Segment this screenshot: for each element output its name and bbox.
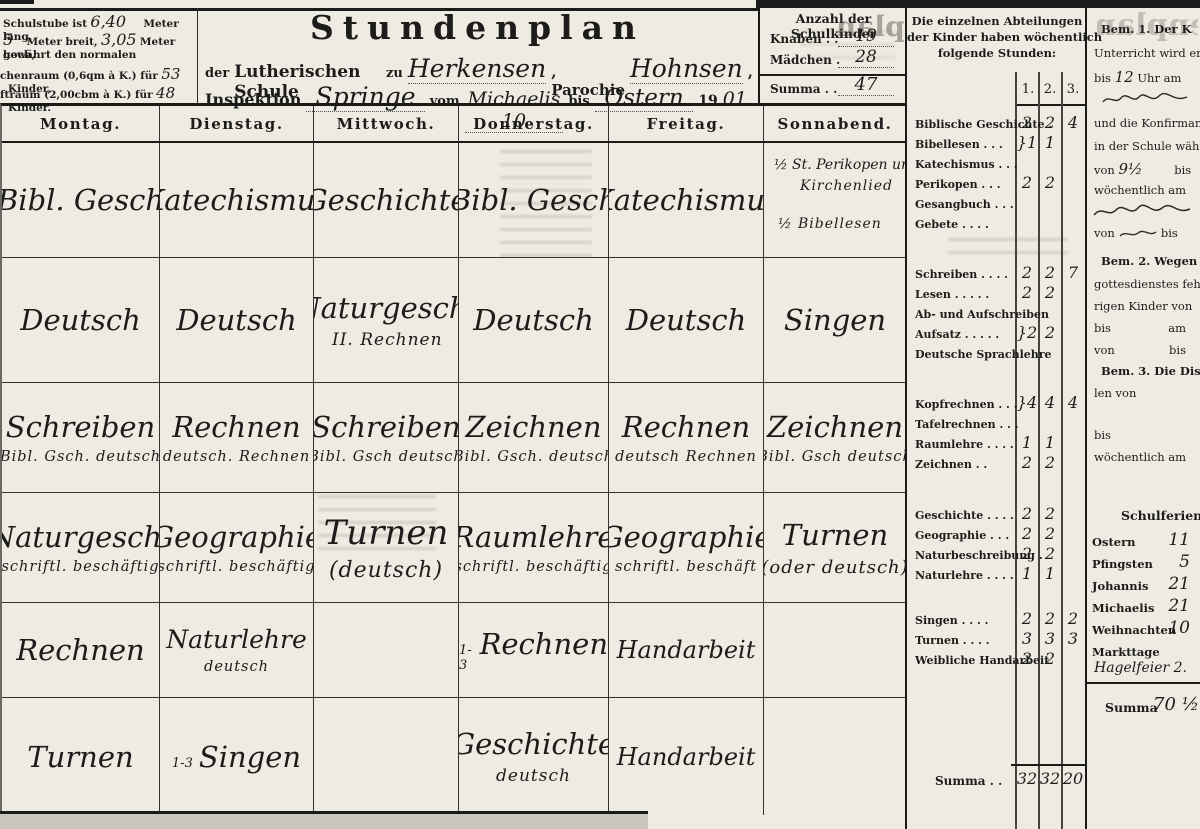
handwriting-scribble <box>1101 92 1189 106</box>
hours-summa-label: Summa . . <box>935 774 1002 788</box>
cell-main-line: Geschichte <box>314 183 459 217</box>
hours-row: Geschichte . . . .22 <box>907 505 1087 525</box>
hours-div2: 1 <box>1039 133 1061 152</box>
hours-row: Gebete . . . . <box>907 214 1087 234</box>
cell-main-line: Naturgesch. <box>2 520 160 554</box>
subject-handwritten: Handarbeit <box>617 636 756 664</box>
bem1-line-8: wöchentlich am <box>1094 183 1186 197</box>
hours-div3: 4 <box>1062 393 1084 412</box>
hours-div2: 2 <box>1039 544 1061 563</box>
timetable-cell: Naturlehre deutsch <box>160 603 314 698</box>
hours-title-line-3: folgende Stunden: <box>907 46 1087 60</box>
subject-handwritten: Geschichte <box>314 183 459 217</box>
timetable-cell: Bibl. Gesch <box>2 143 160 258</box>
ferien-days-handwritten: 21 <box>1168 574 1190 594</box>
timetable-cell: Raumlehre schriftl. beschäftig <box>459 493 609 603</box>
hours-div3: 7 <box>1062 263 1084 282</box>
maedchen-value: 28 <box>838 47 894 68</box>
ferien-label: Michaelis <box>1092 601 1154 615</box>
subject-label: Bibellesen . . . <box>915 138 1003 151</box>
hours-div1: 2 <box>1016 649 1038 668</box>
cell-main-line: Schreiben <box>6 410 156 444</box>
cell-main-line: ½ St. Perikopen und <box>774 157 907 173</box>
subject-sub-handwritten: deutsch Rechnen <box>615 449 757 465</box>
hours-div2: 2 <box>1039 283 1061 302</box>
hours-row: Katechismus . . . <box>907 154 1087 174</box>
timetable-cell: Singen <box>764 258 907 383</box>
cell-main-line: Geschichte <box>459 727 609 761</box>
bis-label: bis <box>1169 343 1186 357</box>
subject-handwritten: Rechnen <box>622 410 750 444</box>
schulferien-title: Schulferien <box>1121 508 1200 523</box>
day-label: Dienstag. <box>189 115 283 133</box>
cell-main-line: Zeichnen <box>465 410 601 444</box>
subject-handwritten: Geschichte <box>459 727 609 761</box>
day-label: Freitag. <box>647 115 726 133</box>
subject-handwritten: Deutsch <box>473 303 594 337</box>
bem3-label: Bem. 3. <box>1101 364 1150 378</box>
subtitle-der: der <box>205 66 229 81</box>
ferien-days-handwritten: 10 <box>1168 618 1190 638</box>
subject-handwritten: ½ St. Perikopen und <box>774 157 907 173</box>
day-label: Sonnabend. <box>777 115 892 133</box>
hours-div1: }2 <box>1016 323 1038 342</box>
von-label: von <box>1094 226 1115 240</box>
subject-label: Tafelrechnen . . . <box>915 418 1019 431</box>
subject-label: Ab- und Aufschreiben <box>915 308 1049 321</box>
summa-rule <box>1011 764 1087 766</box>
bem1-label: Bem. 1. <box>1101 22 1150 36</box>
uhr-am-label: Uhr am <box>1137 71 1181 85</box>
division-col-1: 1. <box>1019 82 1037 97</box>
timetable: Montag. Dienstag. Mittwoch. Donnerstag. … <box>0 103 907 815</box>
subject-sub-handwritten: schriftl. beschäftig <box>459 559 609 575</box>
subject-handwritten: Rechnen <box>480 627 608 661</box>
hours-div2: 2 <box>1039 323 1061 342</box>
subtitle-zu: zu <box>386 66 403 81</box>
subject-sub-handwritten: Bibl. Gsch deutsch <box>314 449 459 465</box>
cell-main-line: 1-3Singen <box>172 740 301 774</box>
timetable-cell: Turnen (deutsch) <box>314 493 459 603</box>
bem2-heading-line: Bem. 2. Wegen <box>1101 254 1197 268</box>
hours-div2: 4 <box>1039 393 1061 412</box>
subject-handwritten: Rechnen <box>16 633 144 667</box>
bem1-line-3: bis 12 Uhr am <box>1094 68 1181 86</box>
hours-div1: 1 <box>1016 433 1038 452</box>
hours-div2: 2 <box>1039 504 1061 523</box>
subject-handwritten: Handarbeit <box>617 743 756 771</box>
timetable-cell: Deutsch <box>459 258 609 383</box>
timetable-cell: 1-3Rechnen <box>459 603 609 698</box>
timetable-cell: Turnen (oder deutsch) <box>764 493 907 603</box>
subject-sub-handwritten: schriftl. beschäftig <box>160 559 314 575</box>
ferien-summa-value: 70 ½ <box>1153 694 1199 715</box>
bem3-line-4: wöchentlich am <box>1094 450 1186 464</box>
timetable-cell: Handarbeit <box>609 698 764 815</box>
subject-sub-handwritten: schriftl. beschäftig <box>2 559 160 575</box>
timetable-cell: Geschichte <box>314 143 459 258</box>
subject-handwritten: Schreiben <box>314 410 459 444</box>
hours-row: Aufsatz . . . . .}22 <box>907 324 1087 344</box>
timetable-cell: Schreiben Bibl. Gsch deutsch <box>314 383 459 493</box>
cell-main-line: Raumlehre <box>459 520 609 554</box>
subject-sub-handwritten: Kirchenlied <box>800 178 893 194</box>
hours-div1: 1 <box>1016 564 1038 583</box>
hours-row: Turnen . . . .333 <box>907 630 1087 650</box>
bem1-line-10: vonbis <box>1094 226 1178 240</box>
subject-label: Katechismus . . . <box>915 158 1018 171</box>
subject-handwritten: Geographie <box>160 520 314 554</box>
hours-div2: 2 <box>1039 524 1061 543</box>
ferien-row: Weihnachten10 <box>1092 620 1196 638</box>
division-note-handwritten: 1-3 <box>459 643 474 673</box>
school-name-handwritten: Herkensen <box>408 54 546 84</box>
cell-main-line: Bibl. Gesch <box>459 183 609 217</box>
timetable-cell: Deutsch <box>160 258 314 383</box>
timetable-cell: ½ St. Perikopen und Kirchenlied ½ Bibell… <box>764 143 907 258</box>
ferien-hand-note: Hagelfeier 2. <box>1094 660 1187 676</box>
subject-label: Raumlehre . . . . <box>915 438 1014 451</box>
subject-sub-handwritten: II. Rechnen <box>332 330 443 350</box>
timetable-cell: Schreiben Bibl. Gsch. deutsch <box>2 383 160 493</box>
handwriting-scribble <box>1118 229 1158 239</box>
colhead-rule <box>1015 104 1087 106</box>
ferien-row: Johannis21 <box>1092 576 1196 594</box>
timetable-cell: Katechismus <box>160 143 314 258</box>
subject-label: Aufsatz . . . . . <box>915 328 999 341</box>
ferien-days-handwritten: 5 <box>1179 552 1190 572</box>
hours-summa-div3: 20 <box>1062 769 1084 788</box>
hours-div3: 2 <box>1062 609 1084 628</box>
handwriting-scribble <box>1092 203 1192 219</box>
ferien-days-handwritten: 21 <box>1168 596 1190 616</box>
cell-main-line: Bibl. Gesch <box>2 183 160 217</box>
subject-sub-handwritten: ½ Bibellesen <box>778 216 882 232</box>
cell-main-line: Handarbeit <box>617 636 756 664</box>
subject-sub-handwritten: Bibl. Gsch. deutsch <box>2 449 160 465</box>
room-label-4: chenraum (0,6qm à K.) für <box>0 70 158 82</box>
hours-row: Gesangbuch . . . <box>907 194 1087 214</box>
pupil-count-box: Anzahl der Schulkinder Knaben . . 19 Mäd… <box>758 8 907 103</box>
cell-main-line: Deutsch <box>20 303 141 337</box>
subject-handwritten: Naturgesch. <box>2 520 160 554</box>
bem1-line-5: und die Konfirmanden <box>1094 116 1200 130</box>
hours-row: Biblische Geschichte .224 <box>907 114 1087 134</box>
cell-main-line: Turnen <box>27 740 133 774</box>
hours-div1: 2 <box>1016 524 1038 543</box>
timetable-cell: Deutsch <box>2 258 160 383</box>
cell-main-line: Geographie <box>160 520 314 554</box>
subject-handwritten: Schreiben <box>6 410 156 444</box>
hours-group-realien: Geschichte . . . .22 Geographie . . .22 … <box>907 505 1087 585</box>
timetable-cell: Geographie schriftl. beschäftig <box>160 493 314 603</box>
bis-label: bis <box>1161 226 1178 240</box>
hours-summa-row: Summa . . 32 32 20 <box>907 770 1087 790</box>
weekly-hours-panel: Die einzelnen Abteilungen der Kinder hab… <box>905 8 1087 829</box>
hours-row: Raumlehre . . . .11 <box>907 434 1087 454</box>
bis-label: bis <box>1174 163 1191 177</box>
hours-row: Bibellesen . . .}11 <box>907 134 1087 154</box>
cell-main-line: Handarbeit <box>617 743 756 771</box>
hours-div2: 2 <box>1039 263 1061 282</box>
ferien-label: Markttage <box>1092 645 1160 659</box>
subject-handwritten: Naturgesch. <box>314 291 459 325</box>
bem1-line-2: Unterricht wird erteil <box>1094 46 1200 60</box>
cell-main-line: Turnen <box>782 518 888 552</box>
subject-handwritten: Bibl. Gesch <box>2 183 160 217</box>
subject-handwritten: Katechismus <box>160 183 314 217</box>
hours-div1: 2 <box>1016 173 1038 192</box>
timetable-cell <box>764 698 907 815</box>
cell-main-line: Katechismus <box>160 183 314 217</box>
subject-handwritten: Deutsch <box>176 303 297 337</box>
cell-main-line: Singen <box>784 303 886 337</box>
subject-handwritten: Rechnen <box>172 410 300 444</box>
room-info-box: Schulstube ist 6,40 Meter lang, 5 Meter … <box>0 8 198 103</box>
bem2-line-5: vonbis <box>1094 343 1186 357</box>
subject-label: Lesen . . . . . <box>915 288 989 301</box>
room-width-value: 5 <box>3 30 13 49</box>
timetable-cell: Geographie schriftl. beschäft <box>609 493 764 603</box>
hours-div2: 2 <box>1039 649 1061 668</box>
bis-label: bis <box>1094 321 1111 335</box>
cell-main-line: Deutsch <box>626 303 747 337</box>
bem2-text: Wegen <box>1154 254 1197 268</box>
ferien-label: Pfingsten <box>1092 557 1153 571</box>
division-note-handwritten: 1-3 <box>172 756 193 771</box>
von-label: von <box>1094 163 1115 177</box>
corner-mark <box>0 0 34 4</box>
bem2-line-3: rigen Kinder von <box>1094 299 1192 313</box>
subject-label: Geschichte . . . . <box>915 509 1014 522</box>
hours-div1: 2 <box>1016 544 1038 563</box>
summa-value: 47 <box>838 74 894 96</box>
timetable-cell: Zeichnen Bibl. Gsch deutsch <box>764 383 907 493</box>
timetable-cell: Naturgesch. schriftl. beschäftig <box>2 493 160 603</box>
hours-group-math: Kopfrechnen . . .}444 Tafelrechnen . . .… <box>907 394 1087 474</box>
subject-sub-handwritten: Bibl. Gsch. deutsch <box>459 449 609 465</box>
division-col-3: 3. <box>1064 82 1082 97</box>
top-edge-bar <box>756 0 1200 8</box>
room-air-children-value: 48 <box>156 84 175 102</box>
subject-handwritten: Zeichnen <box>465 410 601 444</box>
maedchen-label: Mädchen . <box>770 53 840 67</box>
day-label: Mittwoch. <box>337 115 436 133</box>
ferien-summa-label: Summa <box>1105 700 1158 715</box>
day-header-sonnabend: Sonnabend. <box>764 106 907 143</box>
hours-title-line-2: der Kinder haben wöchentlich <box>907 30 1087 44</box>
subject-label: Schreiben . . . . <box>915 268 1008 281</box>
ferien-label: Ostern <box>1092 535 1136 549</box>
ferien-days-handwritten: 11 <box>1168 530 1190 550</box>
hours-row: Ab- und Aufschreiben <box>907 304 1087 324</box>
subject-sub-handwritten: schriftl. beschäft <box>615 559 757 575</box>
subject-label: Gebete . . . . <box>915 218 989 231</box>
cell-main-line: Geographie <box>609 520 764 554</box>
subject-label: Perikopen . . . <box>915 178 1001 191</box>
hours-row: Singen . . . .222 <box>907 610 1087 630</box>
ferien-row: Pfingsten5 <box>1092 554 1196 572</box>
ferien-row: Markttage <box>1092 642 1196 660</box>
subject-label: Singen . . . . <box>915 614 988 627</box>
subject-sub-handwritten: (oder deutsch) <box>764 557 907 578</box>
subtitle-comma: , <box>748 63 753 81</box>
cell-main-line: Naturlehre <box>166 625 307 654</box>
hours-group-technical: Singen . . . .222 Turnen . . . .333 Weib… <box>907 610 1087 670</box>
subject-label: Geographie . . . <box>915 529 1009 542</box>
hours-div2: 2 <box>1039 173 1061 192</box>
von-label: von <box>1094 343 1115 357</box>
timetable-cell <box>764 603 907 698</box>
hours-div1: 2 <box>1016 453 1038 472</box>
hours-row: Zeichnen . .22 <box>907 454 1087 474</box>
stundenplan-document: Stundenplan Stundenplan Schulstube ist 6… <box>0 0 1200 829</box>
cell-main-line: Rechnen <box>622 410 750 444</box>
hours-row: Naturbeschreibung .22 <box>907 545 1087 565</box>
bem3-line-2: len von <box>1094 386 1136 400</box>
room-info-line-3: gewährt den normalen <box>3 49 136 61</box>
timetable-cell: 1-3Singen <box>160 698 314 815</box>
hours-row: Perikopen . . .22 <box>907 174 1087 194</box>
ferien-label: Weihnachten <box>1092 623 1176 637</box>
subject-handwritten: Deutsch <box>626 303 747 337</box>
timetable-cell: Zeichnen Bibl. Gsch. deutsch <box>459 383 609 493</box>
hours-row: Schreiben . . . .227 <box>907 264 1087 284</box>
cell-main-line: Turnen <box>324 513 449 553</box>
hours-div1: 2 <box>1016 504 1038 523</box>
bem2-line-2: gottesdienstes fehlen <box>1094 277 1200 291</box>
hours-title-line-1: Die einzelnen Abteilungen <box>907 14 1087 28</box>
subject-label: Deutsche Sprachlehre <box>915 348 1052 361</box>
hours-div2: 2 <box>1039 113 1061 132</box>
bem1-line-6: in der Schule währ <box>1094 139 1200 153</box>
hours-div1: 2 <box>1016 609 1038 628</box>
subject-handwritten: Zeichnen <box>767 410 903 444</box>
bem1-heading-line: Bem. 1. Der K <box>1101 22 1192 36</box>
ferien-label: Johannis <box>1092 579 1149 593</box>
day-header-montag: Montag. <box>2 106 160 143</box>
bem1-line-7: von 9½ bis <box>1094 160 1191 178</box>
timetable-cell: Geschichte deutsch <box>459 698 609 815</box>
subject-handwritten: Singen <box>784 303 886 337</box>
day-header-donnerstag: Donnerstag. <box>459 106 609 143</box>
hours-div2: 1 <box>1039 564 1061 583</box>
hours-summa-div1: 32 <box>1016 769 1038 788</box>
timetable-cell: Rechnen deutsch. Rechnen <box>160 383 314 493</box>
cell-main-line: Zeichnen <box>767 410 903 444</box>
day-header-dienstag: Dienstag. <box>160 106 314 143</box>
bis-label: bis <box>1094 71 1111 85</box>
hours-div1: 2 <box>1016 113 1038 132</box>
bem2-line-4: bisam <box>1094 321 1186 335</box>
subject-handwritten: Naturlehre <box>166 625 307 654</box>
hours-div1: 2 <box>1016 283 1038 302</box>
page-title: Stundenplan <box>197 8 758 47</box>
cell-main-line: Naturgesch. <box>314 291 459 325</box>
hours-row: Deutsche Sprachlehre <box>907 344 1087 364</box>
bem3-heading-line: Bem. 3. Die Dis <box>1101 364 1200 378</box>
hours-summa-div2: 32 <box>1039 769 1061 788</box>
summa-label: Summa . . <box>770 82 837 96</box>
timetable-cell: Naturgesch. II. Rechnen <box>314 258 459 383</box>
subject-handwritten: Raumlehre <box>459 520 609 554</box>
bem1-text: Der K <box>1154 22 1191 36</box>
bem2-label: Bem. 2. <box>1101 254 1150 268</box>
hours-div2: 1 <box>1039 433 1061 452</box>
hours-div3: 4 <box>1062 113 1084 132</box>
subject-label: Gesangbuch . . . <box>915 198 1014 211</box>
subject-sub-handwritten: (deutsch) <box>329 558 443 583</box>
room-label-1: Schulstube ist <box>3 18 87 30</box>
room-label-5: ftraum (2,00cbm à K.) für <box>0 89 153 101</box>
timetable-cell: Katechismus <box>609 143 764 258</box>
hours-row: Kopfrechnen . . .}444 <box>907 394 1087 414</box>
hours-row: Tafelrechnen . . . <box>907 414 1087 434</box>
cell-main-line: Deutsch <box>176 303 297 337</box>
subject-label: Kopfrechnen . . . <box>915 398 1018 411</box>
timetable-cell <box>314 603 459 698</box>
time-handwritten: 9½ <box>1118 160 1142 178</box>
hours-div1: 2 <box>1016 263 1038 282</box>
knaben-label: Knaben . . <box>770 32 838 46</box>
cell-main-line: 1-3Rechnen <box>459 627 608 673</box>
hours-row: Naturlehre . . . .11 <box>907 565 1087 585</box>
timetable-cell: Handarbeit <box>609 603 764 698</box>
hours-group-german: Schreiben . . . .227 Lesen . . . . .22 A… <box>907 264 1087 364</box>
subject-sub-handwritten: deutsch <box>496 766 571 786</box>
hours-div1: }4 <box>1016 393 1038 412</box>
timetable-cell: Rechnen deutsch Rechnen <box>609 383 764 493</box>
ferien-row: Ostern11 <box>1092 532 1196 550</box>
bem3-line-3: bis <box>1094 428 1111 442</box>
timetable-cell: Rechnen <box>2 603 160 698</box>
timetable-cell: Bibl. Gesch <box>459 143 609 258</box>
day-label: Montag. <box>40 115 121 133</box>
room-height-value: 3,05 <box>101 30 137 49</box>
subject-handwritten: Turnen <box>324 513 449 553</box>
hours-div2: 2 <box>1039 609 1061 628</box>
bem3-text: Die Dis <box>1154 364 1200 378</box>
title-box: Stundenplan der Lutherischen Schule zu H… <box>197 8 758 103</box>
subject-sub-handwritten: deutsch <box>204 659 269 675</box>
cell-main-line: Deutsch <box>473 303 594 337</box>
subject-handwritten: Geographie <box>609 520 764 554</box>
timetable-cell: Deutsch <box>609 258 764 383</box>
subject-label: Turnen . . . . <box>915 634 990 647</box>
room-length-value: 6,40 <box>90 12 126 31</box>
subject-handwritten: Singen <box>199 740 301 774</box>
scan-bottom-strip <box>0 814 648 829</box>
subject-label: Zeichnen . . <box>915 458 987 471</box>
subject-handwritten: Turnen <box>27 740 133 774</box>
subject-handwritten: Bibl. Gesch <box>459 183 609 217</box>
ferien-row: Michaelis21 <box>1092 598 1196 616</box>
subject-sub-handwritten: deutsch. Rechnen <box>163 449 310 465</box>
time-handwritten: 12 <box>1115 68 1134 86</box>
timetable-cell <box>314 698 459 815</box>
division-col-2: 2. <box>1041 82 1059 97</box>
hours-div1: }1 <box>1016 133 1038 152</box>
hours-row: Lesen . . . . .22 <box>907 284 1087 304</box>
hours-row: Geographie . . .22 <box>907 525 1087 545</box>
cell-main-line: Schreiben <box>314 410 459 444</box>
day-label: Donnerstag. <box>473 115 594 133</box>
knaben-value: 19 <box>838 26 894 47</box>
hours-div3: 3 <box>1062 629 1084 648</box>
day-header-freitag: Freitag. <box>609 106 764 143</box>
subject-label: Naturlehre . . . . <box>915 569 1014 582</box>
subject-handwritten: Katechismus <box>609 183 764 217</box>
